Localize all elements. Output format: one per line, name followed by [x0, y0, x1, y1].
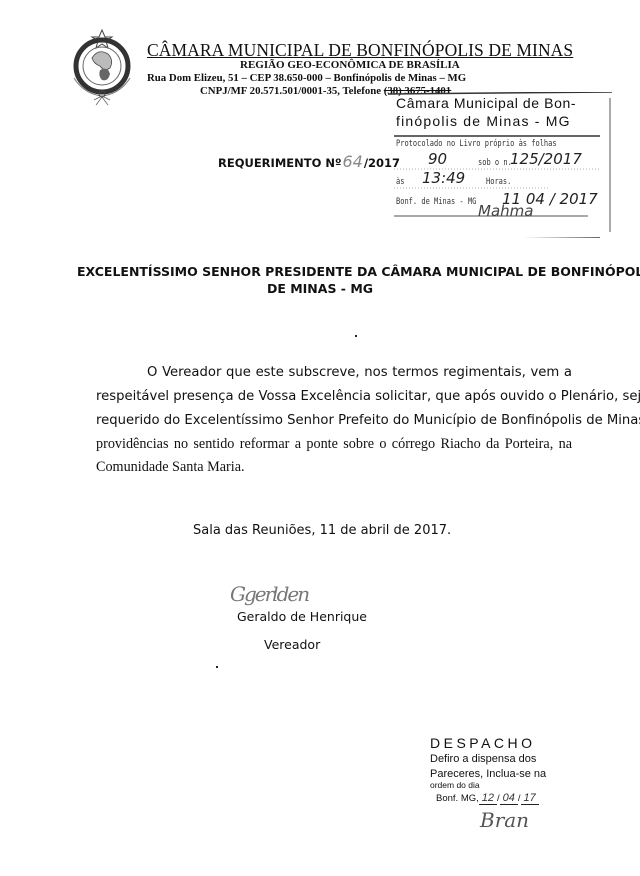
- signature: Ggerlden: [230, 582, 308, 606]
- stamp-folhas: 90: [428, 150, 447, 168]
- stamp-title-line1: Câmara Municipal de Bon-: [396, 95, 576, 111]
- body-line: respeitável presença de Vossa Excelência…: [96, 389, 572, 404]
- stamp-protocol-number: 125/2017: [510, 150, 582, 168]
- requerimento-number: 64: [342, 152, 362, 171]
- protocol-stamp: Câmara Municipal de Bon- finópolis de Mi…: [388, 92, 614, 238]
- stamp-horas-label: Horas.: [486, 177, 511, 187]
- despacho-line: Defiro a dispensa dos: [430, 753, 536, 765]
- stamp-sob-label: sob o n.: [478, 158, 512, 168]
- body-line: requerido do Excelentíssimo Senhor Prefe…: [96, 413, 572, 428]
- addressee-line2: DE MINAS - MG: [0, 281, 640, 296]
- despacho-day: 12: [479, 792, 497, 805]
- stamp-time: 13:49: [422, 169, 465, 187]
- despacho-date: Bonf. MG,12/04/17: [436, 792, 539, 805]
- despacho-title: DESPACHO: [430, 735, 536, 751]
- institution-region: REGIÃO GEO-ECONÔMICA DE BRASÍLIA: [240, 59, 460, 71]
- stamp-place-label: Bonf. de Minas - MG: [396, 197, 476, 207]
- body-line: providências no sentido reformar a ponte…: [96, 436, 572, 453]
- despacho-signature: Bran: [480, 808, 529, 832]
- despacho-line: ordem do dia: [430, 780, 480, 790]
- stamp-title-line2: finópolis de Minas - MG: [396, 113, 571, 129]
- despacho-line: Pareceres, Inclua-se na: [430, 768, 546, 780]
- requerimento-heading: REQUERIMENTO Nº64/2017: [218, 152, 400, 171]
- requerimento-year: /2017: [364, 156, 400, 170]
- stray-mark: [216, 666, 218, 668]
- date-line: Sala das Reuniões, 11 de abril de 2017.: [193, 523, 451, 538]
- stamp-as-label: às: [396, 177, 404, 187]
- institution-title: CÂMARA MUNICIPAL DE BONFINÓPOLIS DE MINA…: [147, 40, 573, 61]
- requerimento-label: REQUERIMENTO Nº: [218, 156, 341, 170]
- stamp-protocol-label: Protocolado no Livro próprio às folhas: [396, 139, 557, 149]
- body-line: O Vereador que este subscreve, nos termo…: [147, 365, 572, 380]
- stray-mark: [355, 335, 357, 337]
- signer-role: Vereador: [264, 637, 320, 652]
- stamp-rubric: Mahma: [478, 202, 533, 220]
- institution-address: Rua Dom Elizeu, 51 – CEP 38.650-000 – Bo…: [147, 72, 466, 84]
- body-line: Comunidade Santa Maria.: [96, 459, 572, 476]
- signer-name: Geraldo de Henrique: [237, 609, 367, 624]
- addressee-line1: EXCELENTÍSSIMO SENHOR PRESIDENTE DA CÂMA…: [77, 264, 640, 279]
- cnpj-text: CNPJ/MF 20.571.501/0001-35, Telefone: [200, 85, 384, 97]
- despacho-month: 04: [500, 792, 518, 805]
- coat-of-arms-logo: [62, 28, 142, 106]
- despacho-year: 17: [521, 792, 539, 805]
- despacho-date-label: Bonf. MG,: [436, 793, 479, 804]
